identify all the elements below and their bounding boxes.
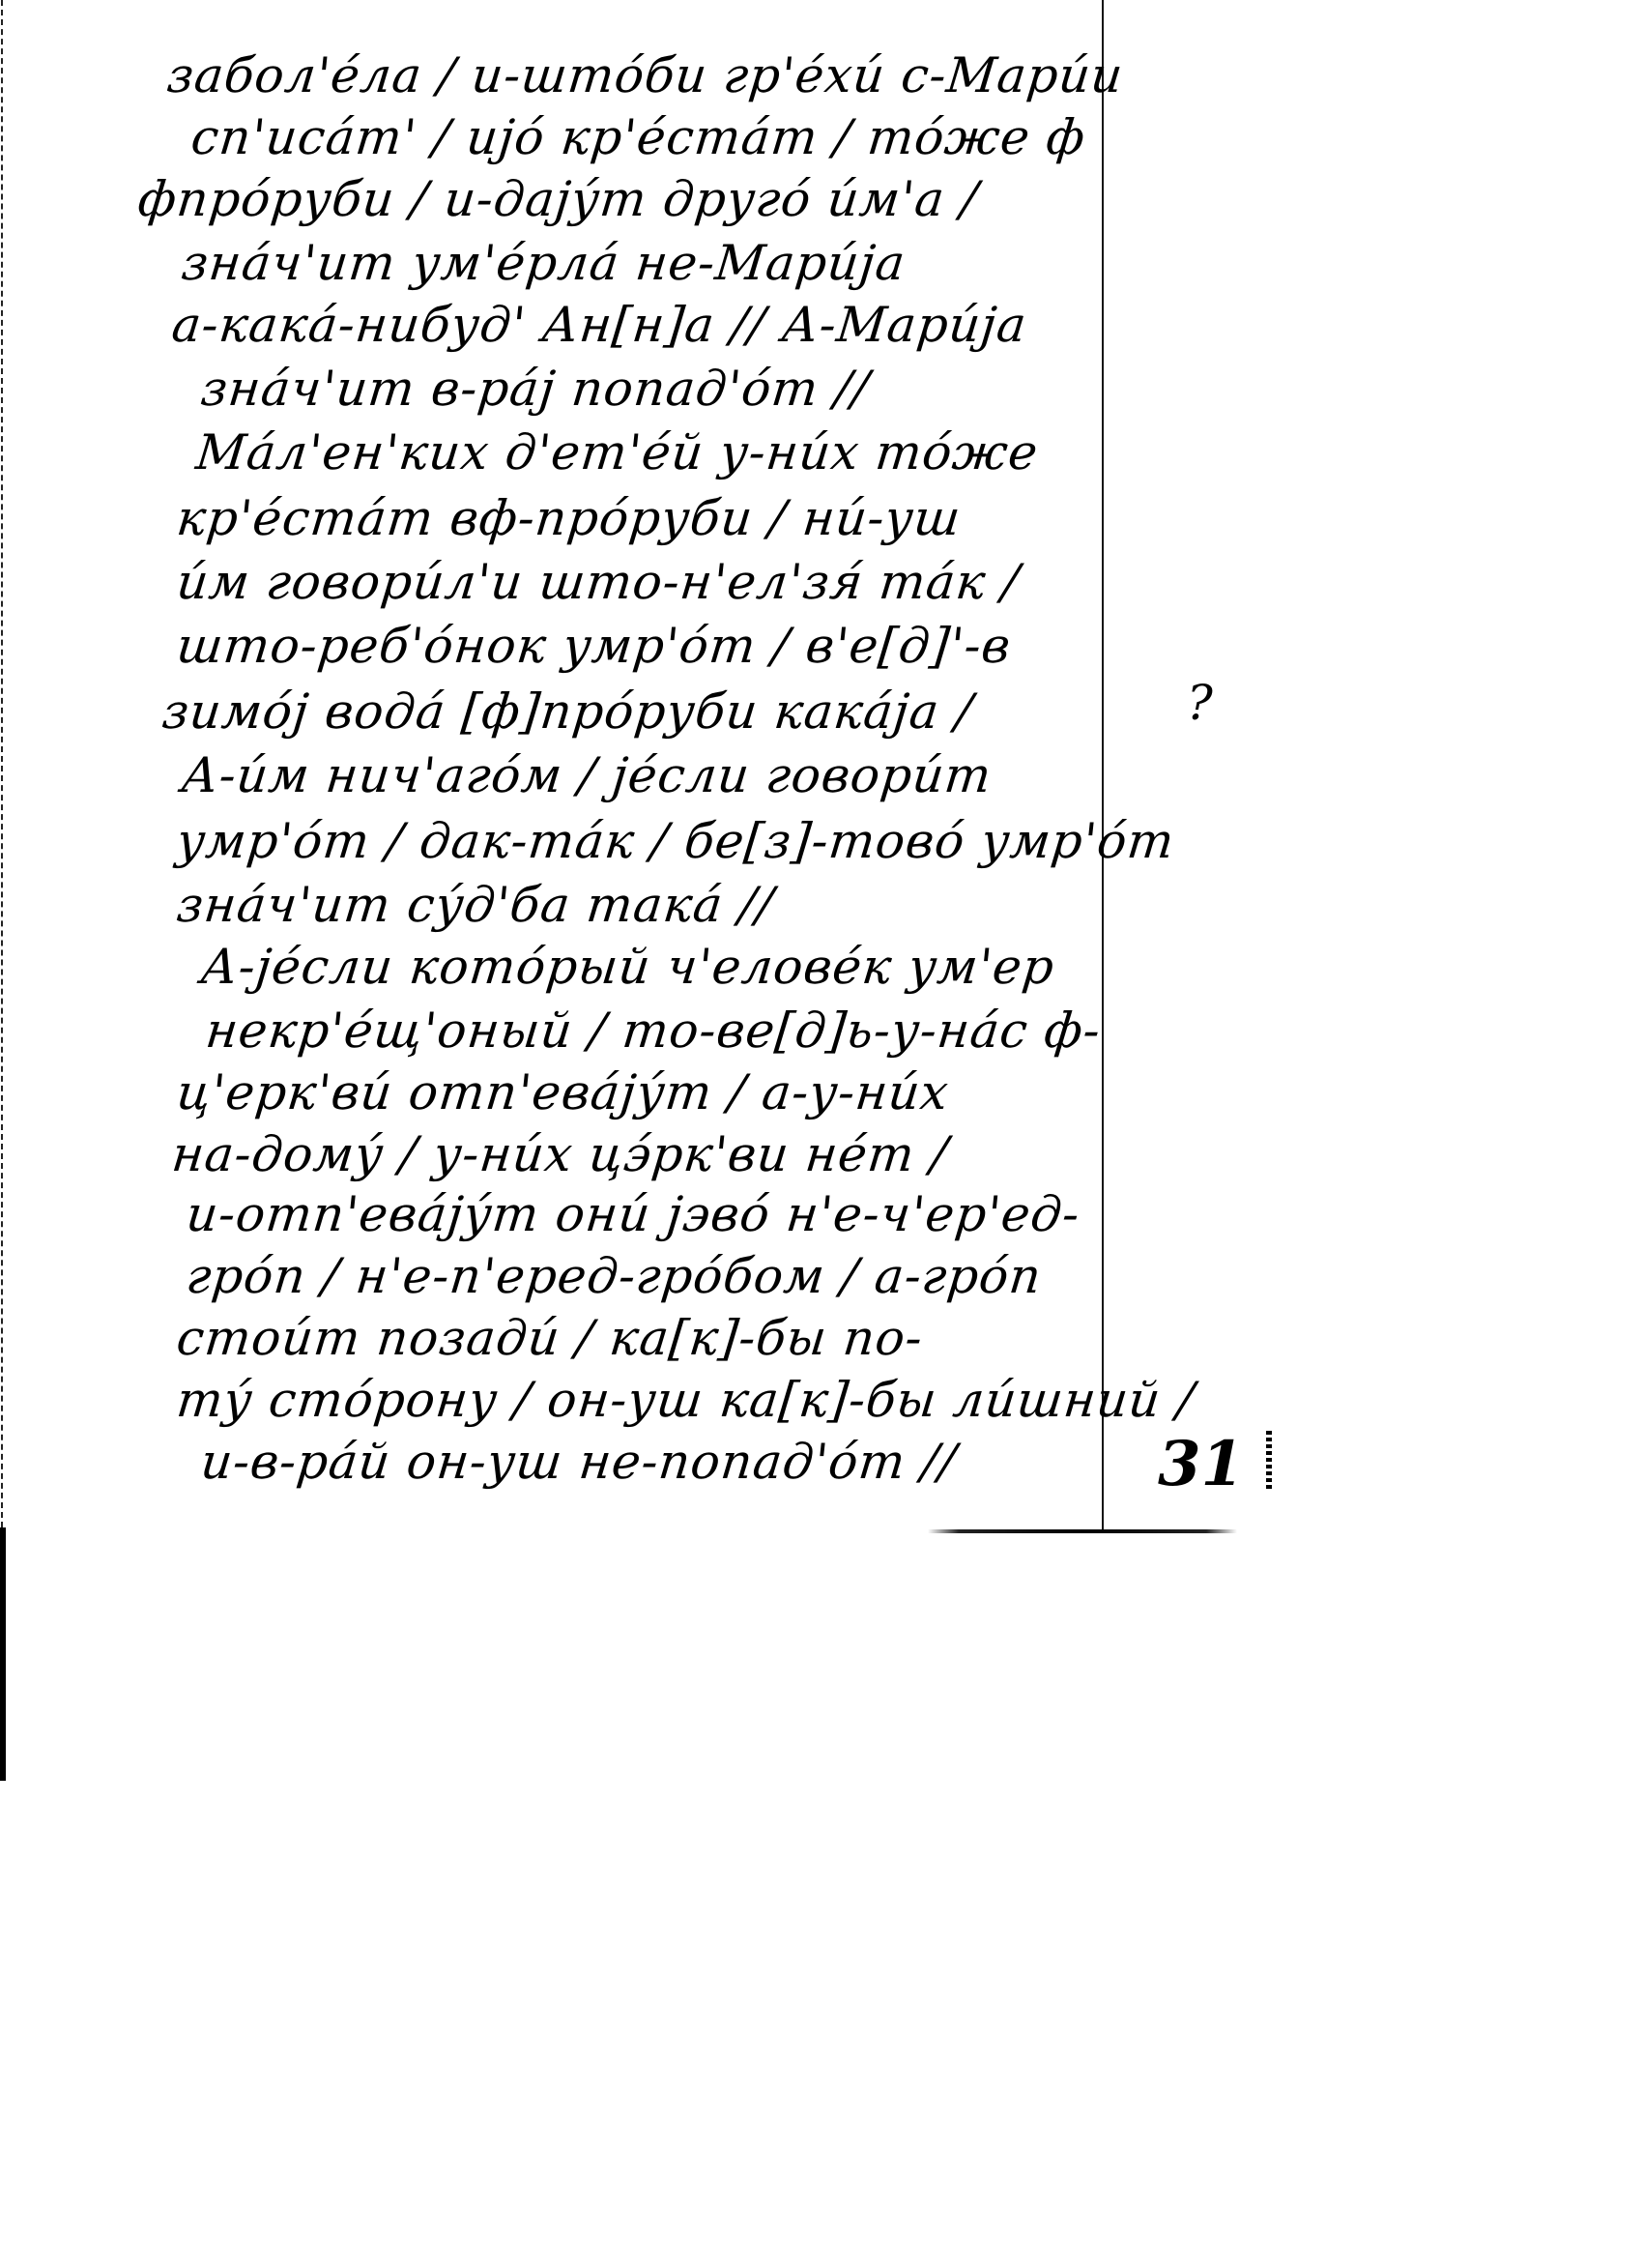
- bottom-rule-line: [928, 1529, 1237, 1533]
- handwritten-line: некр'е́щ'оный / то-ве[д]ь-у-на́с ф-: [203, 1002, 1104, 1060]
- left-scan-edge: [1, 0, 3, 1527]
- handwritten-line: што-реб'о́нок умр'о́т / в'е[д]'-в: [174, 617, 1014, 675]
- handwritten-line: кр'е́ста́т вф-про́руби / ни́-уш: [174, 489, 964, 547]
- handwritten-line: сп'иса́т' / ијо́ кр'е́ста́т / то́же ф: [188, 108, 1088, 166]
- handwritten-line: а-кака́-нибуд' Ан[н]а // А-Мари́ја: [169, 296, 1030, 354]
- handwritten-line: фпро́руби / и-дају́т друго́ и́м'а /: [135, 170, 981, 228]
- handwritten-line: зна́ч'ит су́д'ба така́ //: [174, 876, 777, 934]
- handwritten-line: ту́ сто́рону / он-уш ка[к]-бы ли́шний /: [174, 1371, 1197, 1429]
- handwritten-line: гро́п / н'е-п'еред-гро́бом / а-гро́п: [184, 1247, 1045, 1305]
- manuscript-page: забол'е́ла / и-што́би гр'е́хи́ с-Мари́и …: [0, 0, 1643, 2268]
- right-margin-line: [1102, 0, 1104, 1529]
- margin-question-mark: ?: [1187, 675, 1213, 731]
- page-number: 31: [1158, 1431, 1244, 1498]
- handwritten-line: забол'е́ла / и-што́би гр'е́хи́ с-Мари́и: [164, 46, 1126, 104]
- handwritten-line: стои́т позади́ / ка[к]-бы по-: [174, 1309, 926, 1367]
- handwritten-line: Ма́л'ен'ких д'ет'е́й у-ни́х то́же: [193, 423, 1041, 481]
- handwritten-line: и-в-ра́й он-уш не-попад'о́т //: [198, 1433, 960, 1491]
- handwritten-line: на-дому́ / у-ни́х цэ́рк'ви не́т /: [169, 1125, 951, 1183]
- handwritten-line: А-је́сли кото́рый ч'елове́к ум'ер: [198, 938, 1057, 996]
- handwritten-line: зна́ч'ит в-ра́ј попад'о́т //: [198, 360, 873, 418]
- left-scan-shadow-bar: [0, 1527, 6, 1781]
- handwritten-line: и-отп'ева́ју́т они́ јэво́ н'е-ч'ер'ед-: [184, 1185, 1082, 1243]
- handwritten-line: зна́ч'ит ум'е́рла́ не-Мари́ја: [179, 234, 908, 292]
- scan-edge-mark: [1266, 1431, 1272, 1489]
- handwritten-line: А-и́м нич'аго́м / је́сли говори́т: [179, 746, 994, 804]
- handwritten-line: ц'ерк'ви́ отп'ева́ју́т / а-у-ни́х: [174, 1063, 952, 1121]
- handwritten-line: умр'о́т / дак-та́к / бе[з]-тово́ умр'о́т: [174, 812, 1177, 870]
- handwritten-line: зимо́ј вода́ [ф]про́руби кака́ја /: [159, 683, 976, 741]
- handwritten-line: и́м говори́л'и што-н'ел'зя́ та́к /: [174, 553, 1023, 611]
